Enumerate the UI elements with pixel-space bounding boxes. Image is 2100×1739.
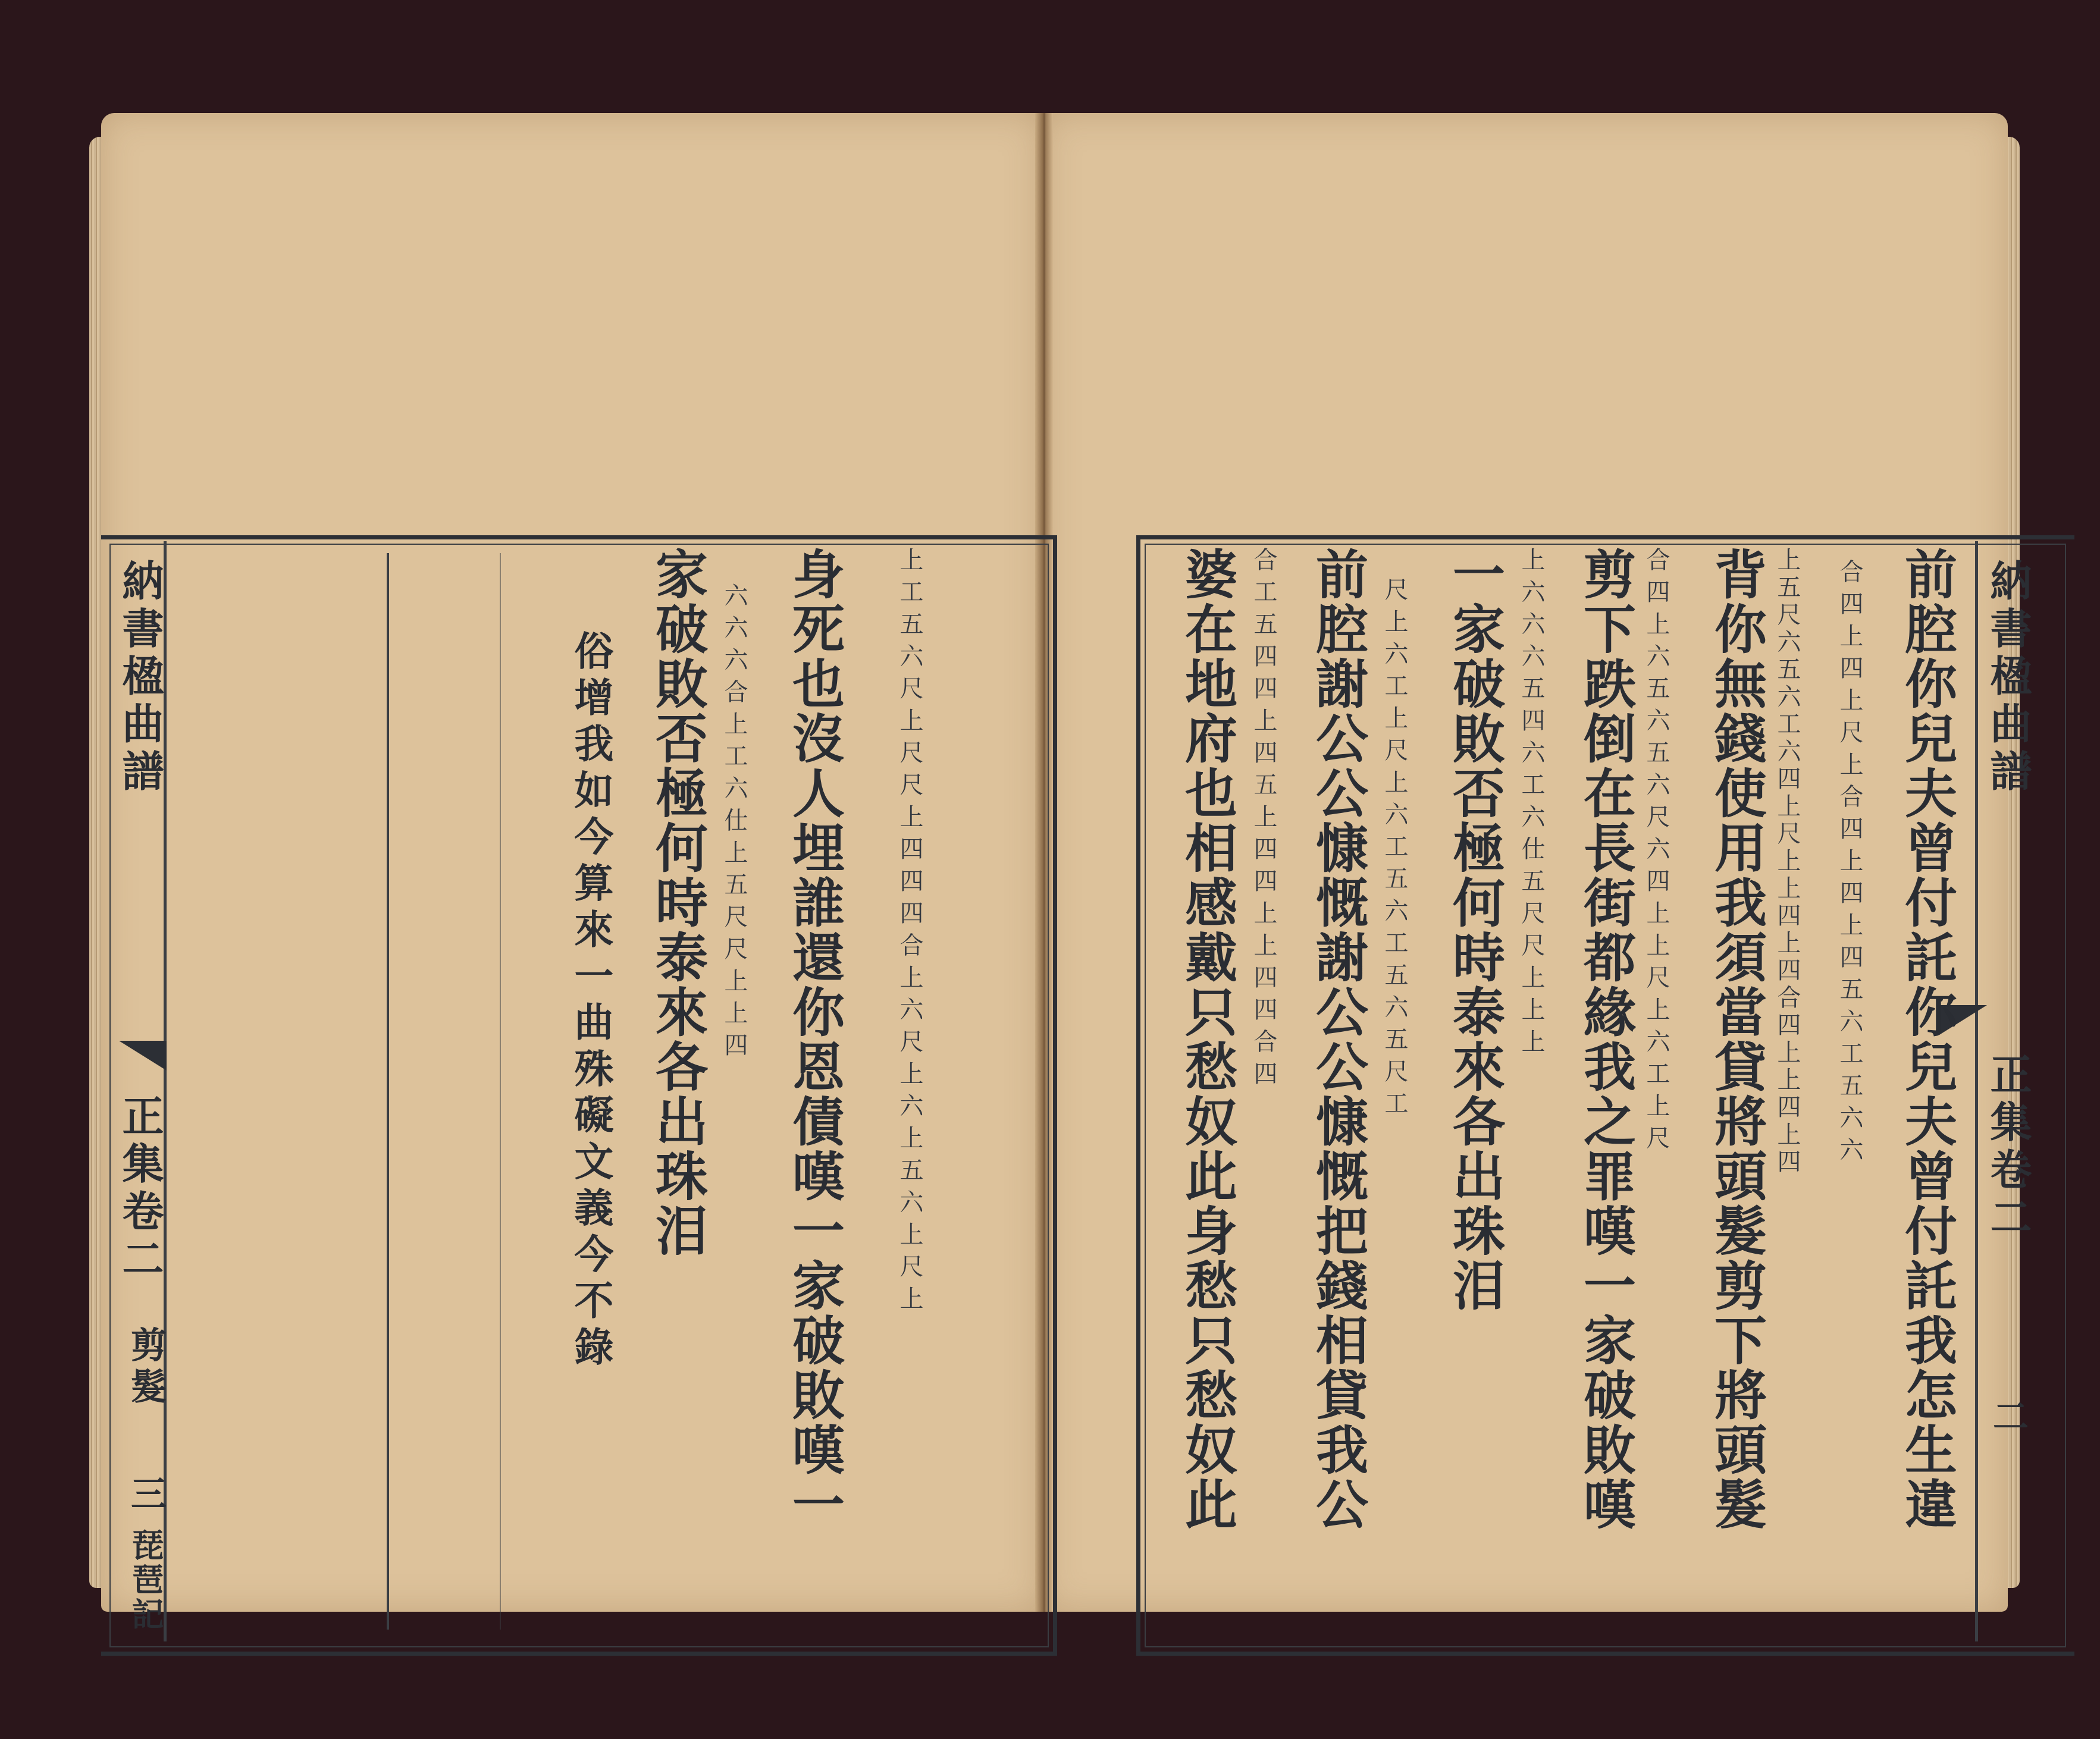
left-column-rule	[500, 553, 501, 1630]
notation-column: 合四上六五六五六尺六四上上尺上六工上尺	[1642, 547, 1670, 1157]
fish-tail-mark-left	[119, 1041, 167, 1071]
lyric-column: 前腔謝公公慷慨謝公公慷慨把錢相貸我公	[1309, 547, 1368, 1532]
lyric-column: 前腔你兒夫曾付託你兒夫曾付託我怎生違	[1898, 547, 1957, 1532]
notation-column: 上工五六尺上尺尺上四四四合上六尺上六上五六上尺上	[895, 547, 924, 1612]
notation-column: 合四上四上尺上合四上四上四五六工五六六	[1835, 559, 1864, 1169]
lyric-column: 一家破敗否極何時泰來各出珠泪	[1446, 547, 1505, 1313]
left-volume-label: 正集卷二	[116, 1094, 164, 1285]
right-page-number: 二	[1984, 1398, 2032, 1439]
left-notation-rule	[387, 553, 389, 1630]
left-play-title: 琵琶記	[122, 1528, 170, 1632]
open-book: 納書楹曲譜 正集卷二 剪髮 三 琵琶記 上工五六尺上尺尺上四四四合上六尺上六上五…	[89, 89, 2023, 1636]
right-book-title: 納書楹曲譜	[1984, 559, 2032, 797]
left-aria-title: 剪髮	[122, 1326, 170, 1410]
notation-column: 合工五四四上四五上四四上上四四合四	[1249, 547, 1278, 1093]
editorial-note-column: 俗增我如今算來一曲殊礙文義今不錄	[568, 630, 613, 1373]
notation-column: 上六六六五四六工六仕五尺尺上上上	[1517, 547, 1546, 1061]
lyric-column: 家破敗否極何時泰來各出珠泪	[648, 547, 708, 1258]
notation-column: 上五尺六五六工六四上尺上上四上四合四上上四上四	[1773, 547, 1801, 1176]
lyric-column: 婆在地府也相感戴只愁奴此身愁只愁奴此	[1178, 547, 1237, 1532]
right-margin-rule	[1975, 541, 1978, 1641]
notation-column: 六六六合上工六仕上五尺尺上上四	[720, 583, 748, 1065]
left-book-title: 納書楹曲譜	[116, 559, 164, 797]
notation-column: 尺上六工上尺上六工五六工五六五尺工	[1380, 577, 1409, 1123]
left-page-number: 三	[122, 1475, 170, 1517]
lyric-column: 背你無錢使用我須當貸將頭髮剪下將頭髮	[1707, 547, 1767, 1532]
right-volume-label: 正集卷二	[1984, 1053, 2032, 1243]
lyric-column: 剪下跌倒在長街都緣我之罪嘆一家破敗嘆	[1576, 547, 1636, 1532]
lyric-column: 身死也沒人埋誰還你恩債嘆一家破敗嘆一	[785, 547, 845, 1532]
